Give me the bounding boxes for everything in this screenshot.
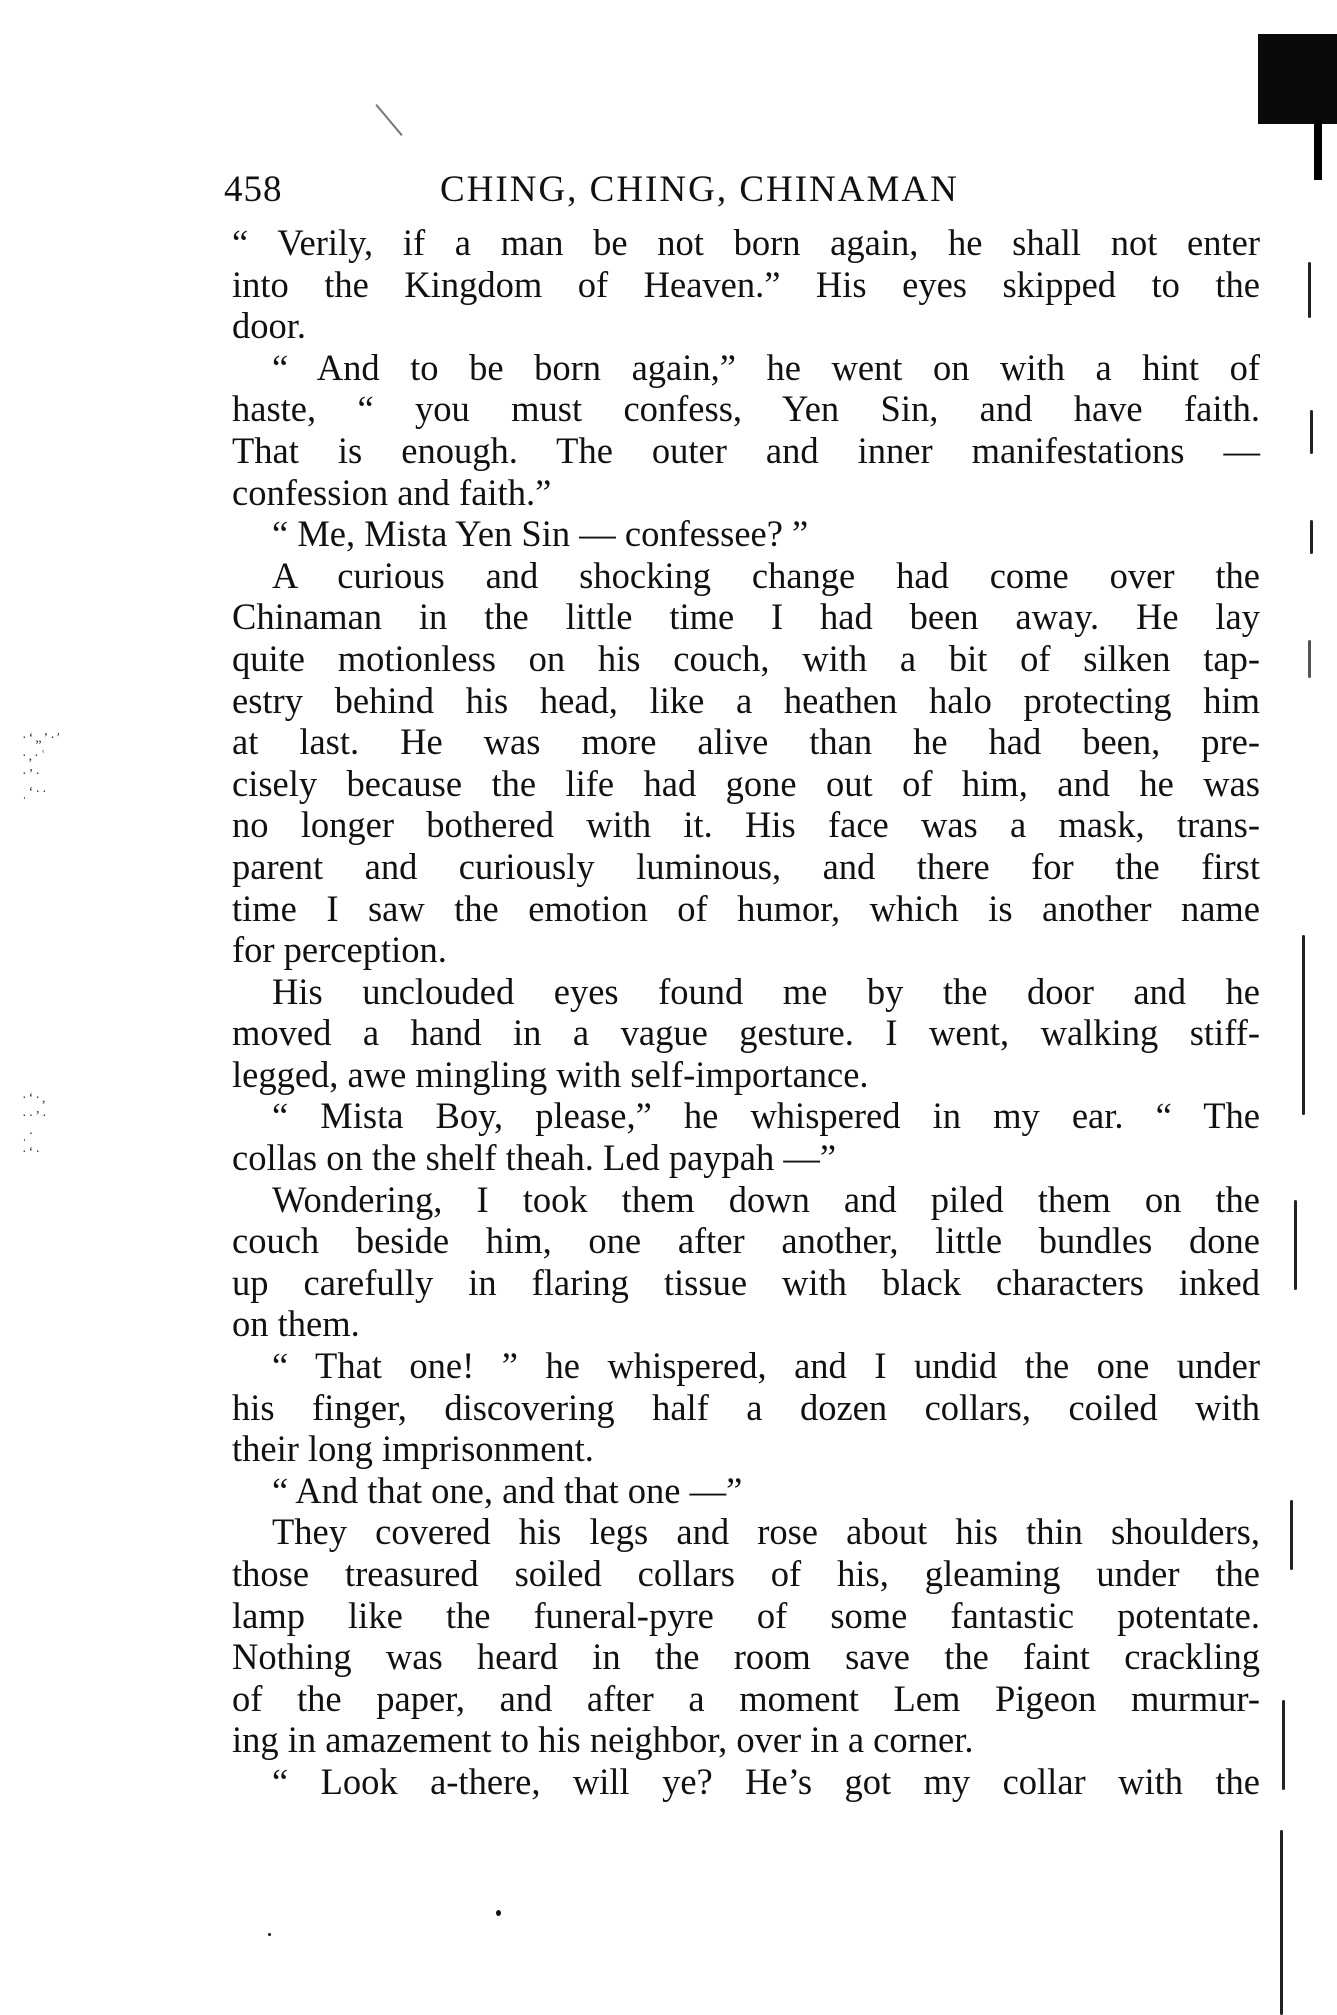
text-line: cisely because the life had gone out of … [232, 763, 1260, 805]
text-line: Chinaman in the little time I had been a… [232, 596, 1260, 638]
scan-margin-line [1282, 1700, 1285, 1790]
text-line: They covered his legs and rose about his… [232, 1511, 1260, 1553]
text-line: for perception. [232, 929, 1260, 971]
text-line: collas on the shelf theah. Led paypah —” [232, 1137, 1260, 1179]
text-line: haste, “ you must confess, Yen Sin, and … [232, 388, 1260, 430]
text-line: time I saw the emotion of humor, which i… [232, 888, 1260, 930]
scan-margin-line [1290, 1500, 1293, 1570]
text-line: of the paper, and after a moment Lem Pig… [232, 1678, 1260, 1720]
text-line: His unclouded eyes found me by the door … [232, 971, 1260, 1013]
scan-ink-blot [1258, 34, 1337, 124]
scan-speck [496, 1910, 501, 1916]
scan-ink-drip [1314, 120, 1322, 180]
text-line: up carefully in flaring tissue with blac… [232, 1262, 1260, 1304]
text-line: Nothing was heard in the room save the f… [232, 1636, 1260, 1678]
text-line: on them. [232, 1303, 1260, 1345]
paragraph-initial: A [272, 555, 337, 596]
text-line: “ Look a-there, will ye? He’s got my col… [232, 1761, 1260, 1803]
running-head: 458 CHING, CHING, CHINAMAN [224, 168, 1224, 218]
scan-margin-line [1294, 1200, 1297, 1290]
text-line: That is enough. The outer and inner mani… [232, 430, 1260, 472]
text-line: “ Verily, if a man be not born again, he… [232, 222, 1260, 264]
text-line: legged, awe mingling with self-importanc… [232, 1054, 1260, 1096]
text-line: quite motionless on his couch, with a bi… [232, 638, 1260, 680]
text-line: A curious and shocking change had come o… [232, 555, 1260, 597]
text-line: “ Mista Boy, please,” he whispered in my… [232, 1095, 1260, 1137]
text-line: estry behind his head, like a heathen ha… [232, 680, 1260, 722]
text-line: “ And that one, and that one —” [232, 1470, 1260, 1512]
text-line: moved a hand in a vague gesture. I went,… [232, 1012, 1260, 1054]
text-line: “ And to be born again,” he went on with… [232, 347, 1260, 389]
body-text: “ Verily, if a man be not born again, he… [232, 222, 1260, 1803]
text-line: his finger, discovering half a dozen col… [232, 1387, 1260, 1429]
scan-margin-line [1310, 520, 1313, 554]
scan-margin-line [1280, 1830, 1283, 2015]
text-line: Wondering, I took them down and piled th… [232, 1179, 1260, 1221]
text-line: their long imprisonment. [232, 1428, 1260, 1470]
scan-gutter-noise: ·‘„’·′·,·ʿ·’·ˌ‘·· [22, 730, 52, 1090]
scan-gutter-noise: ·‘·,··’·ˌ··‘· [22, 1090, 52, 1400]
text-line: those treasured soiled collars of his, g… [232, 1553, 1260, 1595]
running-head-title: CHING, CHING, CHINAMAN [440, 168, 959, 211]
text-line: into the Kingdom of Heaven.” His eyes sk… [232, 264, 1260, 306]
text-line: lamp like the funeral-pyre of some fanta… [232, 1595, 1260, 1637]
text-line: couch beside him, one after another, lit… [232, 1220, 1260, 1262]
text-line: at last. He was more alive than he had b… [232, 721, 1260, 763]
scan-margin-line [1308, 262, 1311, 318]
text-line: parent and curiously luminous, and there… [232, 846, 1260, 888]
text-line: door. [232, 305, 1260, 347]
text-line: no longer bothered with it. His face was… [232, 804, 1260, 846]
page-number: 458 [224, 168, 283, 211]
scan-margin-line [1310, 410, 1313, 454]
book-page: ·‘„’·′·,·ʿ·’·ˌ‘·· ·‘·,··’·ˌ··‘· 458 CHIN… [0, 0, 1337, 2015]
scan-margin-line [1308, 640, 1311, 678]
text-line-rest: curious and shocking change had come ove… [337, 555, 1260, 596]
text-line: confession and faith.” [232, 472, 1260, 514]
text-line: ing in amazement to his neighbor, over i… [232, 1719, 1260, 1761]
text-line: “ That one! ” he whispered, and I undid … [232, 1345, 1260, 1387]
scan-stray-mark [375, 104, 402, 136]
scan-margin-line [1302, 935, 1305, 1115]
text-line: “ Me, Mista Yen Sin — confessee? ” [232, 513, 1260, 555]
scan-speck [268, 1933, 271, 1936]
